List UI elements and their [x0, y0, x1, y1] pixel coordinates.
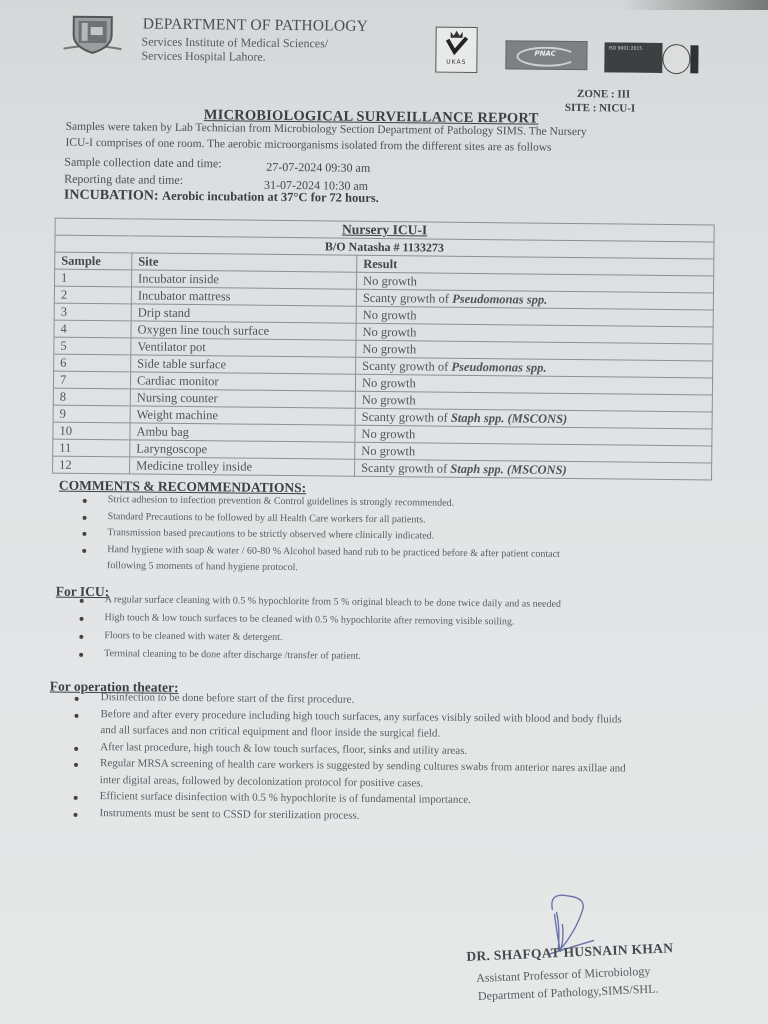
- hospital-name: Services Hospital Lahore.: [141, 48, 265, 64]
- bullet-icon: [82, 548, 86, 552]
- list-item-text: Instruments must be sent to CSSD for ste…: [99, 805, 359, 824]
- comments-list: Strict adhesion to infection prevention …: [82, 492, 83, 574]
- site-label: SITE : NICU-I: [565, 102, 635, 115]
- table-caption: Nursery ICU-I: [342, 222, 427, 238]
- result-text: No growth: [362, 376, 416, 391]
- result-text: No growth: [361, 444, 415, 459]
- result-text: No growth: [361, 427, 415, 442]
- list-item-text: Floors to be cleaned with water & deterg…: [104, 627, 282, 647]
- bullet-icon: [75, 697, 79, 701]
- result-text: No growth: [363, 308, 417, 323]
- result-text: Scanty growth of: [362, 410, 451, 425]
- department-name: DEPARTMENT OF PATHOLOGY: [143, 15, 368, 35]
- bullet-icon: [79, 653, 83, 657]
- list-item-text: following 5 moments of hand hygiene prot…: [107, 558, 298, 576]
- sample-site: Oxygen line touch surface: [131, 321, 356, 340]
- bullet-icon: [83, 499, 87, 503]
- sample-number: 7: [53, 371, 130, 389]
- icu-heading: For ICU:: [56, 584, 110, 601]
- crown-check-icon: [438, 28, 474, 58]
- organism-name: Pseudomonas spp.: [452, 292, 547, 307]
- result-text: No growth: [362, 393, 416, 408]
- sample-number: 11: [53, 439, 130, 457]
- sample-number: 8: [53, 388, 130, 406]
- sample-site: Incubator inside: [132, 270, 357, 289]
- sample-number: 10: [53, 422, 130, 440]
- sample-result: Scanty growth of Staph spp. (MSCONS): [355, 459, 712, 480]
- sample-number: 2: [54, 286, 131, 304]
- ot-list: Disinfection to be done before start of …: [73, 689, 74, 821]
- organism-name: Staph spp. (MSCONS): [451, 411, 567, 426]
- result-text: No growth: [362, 342, 416, 357]
- sample-site: Medicine trolley inside: [130, 457, 355, 476]
- result-text: Scanty growth of: [362, 359, 451, 374]
- collection-value: 27-07-2024 09:30 am: [266, 160, 370, 176]
- result-text: No growth: [362, 325, 416, 340]
- sims-emblem-icon: [59, 13, 125, 58]
- bullet-icon: [82, 532, 86, 536]
- signatory-department: Department of Pathology,SIMS/SHL.: [478, 981, 659, 1004]
- document-content: DEPARTMENT OF PATHOLOGY Services Institu…: [0, 0, 768, 1024]
- sample-number: 1: [55, 269, 132, 287]
- collection-label: Sample collection date and time:: [64, 155, 221, 172]
- result-text: Scanty growth of: [363, 291, 452, 306]
- bullet-icon: [73, 812, 77, 816]
- certification-seal-icon: [662, 44, 690, 74]
- sample-site: Incubator mattress: [131, 287, 356, 306]
- sample-site: Ambu bag: [130, 423, 355, 442]
- iso-certification-logo: ISO 9001:2015: [604, 42, 700, 75]
- header-sample: Sample: [55, 252, 132, 270]
- sample-number: 3: [54, 303, 131, 321]
- sample-number: 5: [54, 337, 131, 355]
- sample-site: Nursing counter: [130, 389, 355, 408]
- ukas-logo: UKAS: [435, 27, 477, 73]
- sample-number: 12: [53, 456, 130, 474]
- sample-number: 9: [53, 405, 130, 423]
- incubation-value: Aerobic incubation at 37°C for 72 hours.: [162, 189, 379, 205]
- ukas-label: UKAS: [436, 59, 476, 66]
- sample-site: Cardiac monitor: [130, 372, 355, 391]
- bullet-icon: [80, 617, 84, 621]
- sample-site: Ventilator pot: [131, 338, 356, 357]
- incubation-label: INCUBATION:: [64, 188, 159, 204]
- sample-number: 4: [54, 320, 131, 338]
- bullet-icon: [74, 713, 78, 717]
- result-text: Scanty growth of: [361, 461, 450, 476]
- signatory-name: DR. SHAFQAT HUSNAIN KHAN: [466, 940, 673, 965]
- sample-site: Weight machine: [130, 406, 355, 425]
- icu-list: A regular surface cleaning with 0.5 % hy…: [79, 591, 80, 663]
- bullet-icon: [79, 635, 83, 639]
- zone-label: ZONE : III: [577, 88, 630, 101]
- intro-line-2: ICU-I comprises of one room. The aerobic…: [65, 137, 551, 154]
- sample-site: Side table surface: [131, 355, 356, 374]
- organism-name: Pseudomonas spp.: [451, 360, 546, 375]
- incubation-line: INCUBATION: Aerobic incubation at 37°C f…: [64, 188, 379, 207]
- pnac-logo: PNAC: [505, 40, 587, 70]
- list-item-text: Terminal cleaning to be done after disch…: [104, 645, 361, 666]
- sample-site: Drip stand: [131, 304, 356, 323]
- bullet-icon: [83, 515, 87, 519]
- bullet-icon: [74, 763, 78, 767]
- reporting-label: Reporting date and time:: [64, 172, 183, 188]
- pnac-label: PNAC: [534, 50, 555, 58]
- results-table: Nursery ICU-I B/O Natasha # 1133273 Samp…: [52, 218, 715, 481]
- sample-number: 6: [54, 354, 131, 372]
- sample-site: Laryngoscope: [130, 440, 355, 459]
- bullet-icon: [74, 796, 78, 800]
- result-text: No growth: [363, 274, 417, 289]
- bullet-icon: [74, 746, 78, 750]
- iso-label: ISO 9001:2015: [608, 46, 642, 51]
- bullet-icon: [80, 599, 84, 603]
- organism-name: Staph spp. (MSCONS): [450, 462, 566, 477]
